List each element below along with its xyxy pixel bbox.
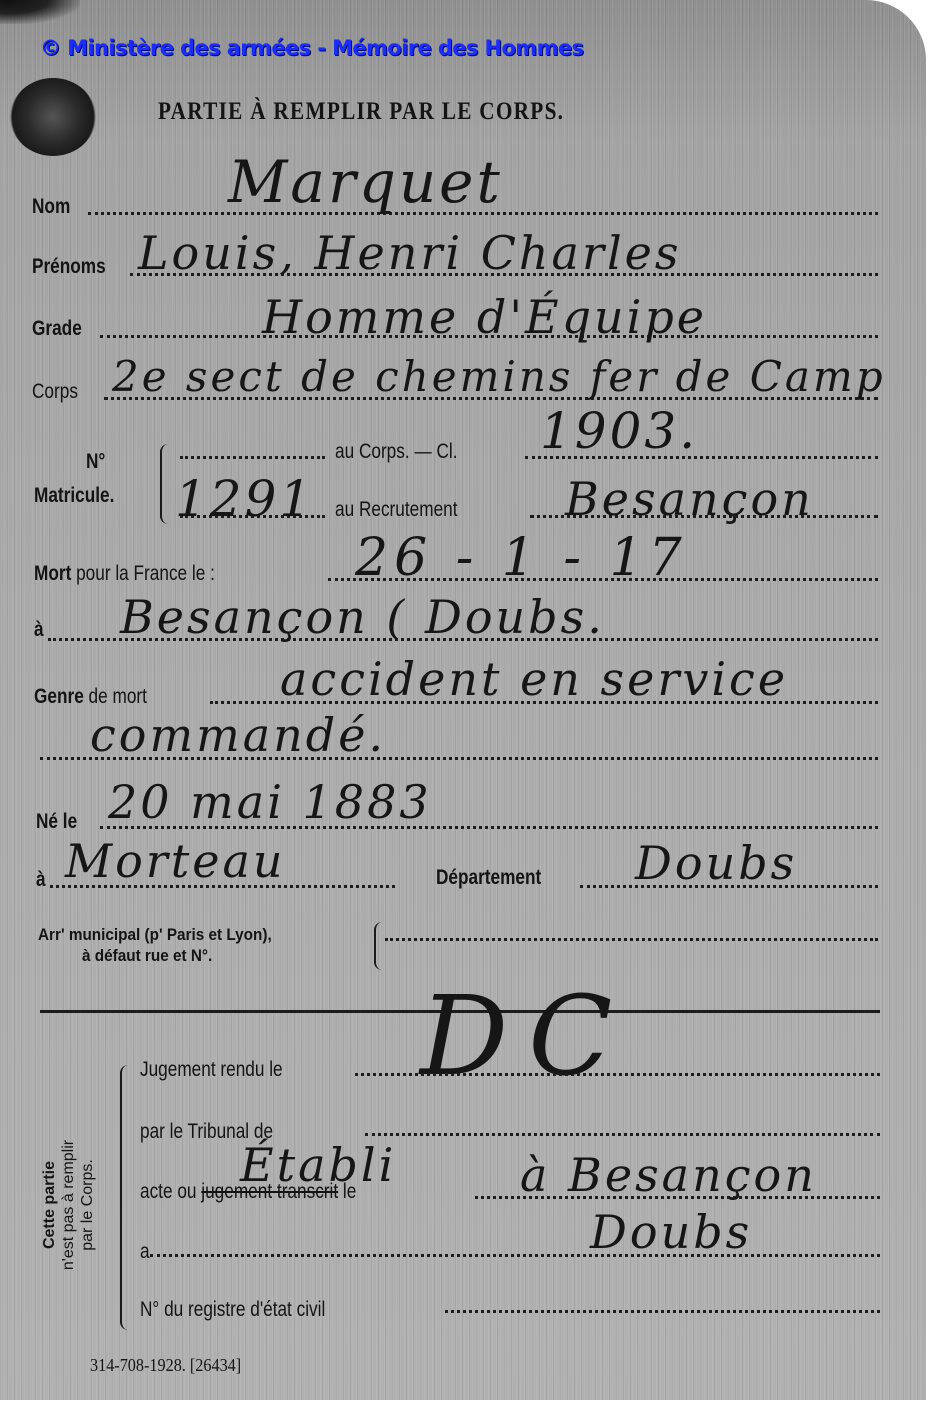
label-mort: Mort pour la France le :: [34, 562, 215, 586]
label-no: N°: [86, 450, 105, 474]
brace-arr: [374, 922, 386, 970]
value-mention-dc: DC: [420, 972, 632, 1100]
document-card: © Ministère des armées - Mémoire des Hom…: [0, 0, 926, 1400]
value-genre-mort-2: commandé.: [90, 708, 386, 762]
label-defaut-rue: à défaut rue et N°.: [82, 946, 212, 966]
form-title: PARTIE À REMPLIR PAR LE CORPS.: [158, 98, 564, 126]
label-a-transcrit: a: [140, 1240, 150, 1264]
line-jugement: [355, 1073, 880, 1076]
form-reference: 314-708-1928. [26434]: [90, 1355, 241, 1376]
label-a-naissance: à: [36, 868, 46, 892]
side-note: Cette partie n'est pas à remplir par le …: [40, 1100, 97, 1310]
line-registre: [445, 1310, 880, 1313]
value-departement: Doubs: [635, 836, 797, 890]
value-transcrit-lieu: à Besançon: [520, 1148, 817, 1202]
value-nom: Marquet: [228, 148, 503, 216]
label-genre-mort: Genre de mort: [34, 685, 147, 709]
line-tribunal: [365, 1133, 880, 1136]
label-corps: Corps: [32, 380, 78, 404]
value-prenoms: Louis, Henri Charles: [138, 226, 682, 280]
value-matricule: 1291: [175, 470, 314, 528]
value-classe: 1903.: [540, 402, 698, 460]
brace-matricule: [160, 444, 172, 524]
line-arr-municipal: [385, 938, 878, 941]
value-corps: 2e sect de chemins fer de Camp: [112, 352, 886, 401]
label-registre: N° du registre d'état civil: [140, 1298, 325, 1322]
line-au-corps: [180, 456, 325, 459]
copyright-watermark: © Ministère des armées - Mémoire des Hom…: [40, 36, 583, 60]
label-nom: Nom: [32, 195, 70, 219]
value-genre-mort-1: accident en service: [280, 652, 788, 706]
label-au-recrutement: au Recrutement: [335, 498, 458, 522]
value-date-deces: 26 - 1 - 17: [355, 528, 688, 588]
label-matricule: Matricule.: [34, 484, 114, 508]
label-ne-le: Né le: [36, 810, 77, 834]
value-lieu-deces: Besançon ( Doubs.: [120, 590, 605, 644]
value-recrutement: Besançon: [565, 472, 814, 526]
ink-blot: [0, 0, 80, 24]
label-jugement: Jugement rendu le: [140, 1058, 283, 1082]
label-a-deces: à: [34, 618, 44, 642]
label-grade: Grade: [32, 317, 82, 341]
label-acte: acte ou jugement transcrit le: [140, 1180, 356, 1204]
label-au-corps: au Corps. — Cl.: [335, 440, 458, 464]
label-prenoms: Prénoms: [32, 255, 106, 279]
value-lieu-naissance: Morteau: [65, 834, 286, 888]
round-stamp: [10, 78, 96, 156]
value-transcrit-dept: Doubs: [590, 1205, 752, 1259]
label-departement: Département: [436, 866, 541, 890]
label-arr-municipal: Arr' municipal (p' Paris et Lyon),: [38, 925, 272, 945]
line-a-transcrit: [150, 1254, 880, 1257]
value-date-naissance: 20 mai 1883: [108, 775, 432, 829]
brace-lower-section: [120, 1065, 132, 1330]
value-grade: Homme d'Équipe: [262, 290, 707, 344]
